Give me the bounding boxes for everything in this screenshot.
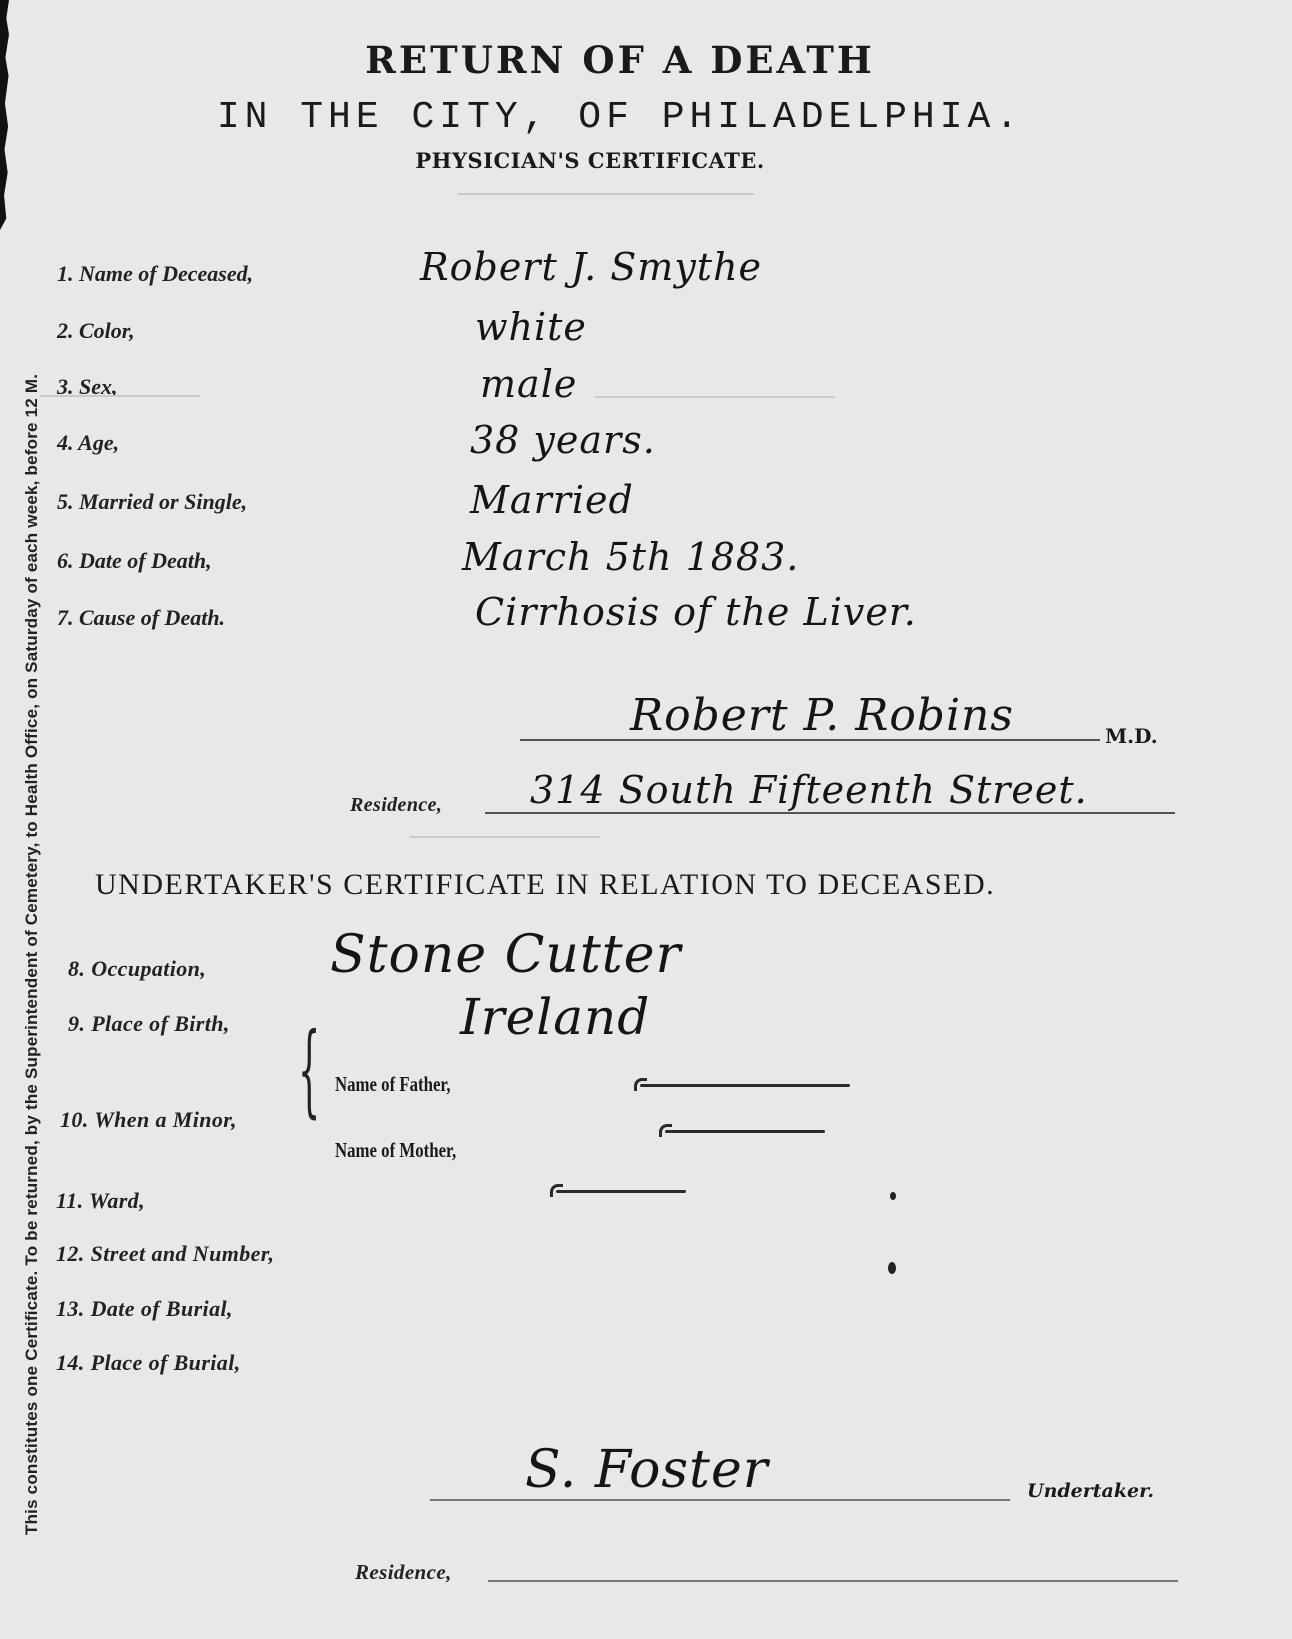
field-value-name: Robert J. Smythe [420,245,762,289]
physician-residence-value: 314 South Fifteenth Street. [530,768,1088,812]
minor-father-label: Name of Father, [335,1072,451,1097]
field-value-place-of-birth: Ireland [460,988,650,1046]
field-value-age: 38 years. [470,418,656,462]
field-value-cause-of-death: Cirrhosis of the Liver. [475,590,917,634]
undertaker-residence-label: Residence, [355,1560,452,1585]
field-label-place-of-birth: 9. Place of Birth, [68,1011,230,1037]
undertaker-residence-line [488,1580,1178,1582]
field-label-marital: 5. Married or Single, [57,489,247,515]
field-label-date-of-death: 6. Date of Death, [57,548,212,574]
physician-section-divider [410,836,600,838]
field-label-age: 4. Age, [57,430,119,456]
field-value-occupation: Stone Cutter [330,925,681,985]
physician-signature: Robert P. Robins [630,690,1014,741]
undertaker-signature: S. Foster [525,1440,769,1500]
field-label-street-number: 12. Street and Number, [56,1241,274,1267]
field-value-sex: male [480,362,577,406]
field-label-occupation: 8. Occupation, [68,956,206,982]
document-subtitle: IN THE CITY, OF PHILADELPHIA. [0,96,1240,139]
field-label-cause-of-death: 7. Cause of Death. [57,605,225,631]
physician-residence-line [485,812,1175,814]
physician-residence-label: Residence, [350,794,442,817]
undertaker-title: Undertaker. [1027,1480,1154,1502]
field-label-when-minor: 10. When a Minor, [60,1107,237,1133]
side-instruction-note: This constitutes one Certificate. To be … [22,95,42,1535]
section-title-undertaker: UNDERTAKER'S CERTIFICATE IN RELATION TO … [95,868,1145,902]
faint-rule [40,395,200,397]
physician-title-md: M.D. [1105,724,1158,748]
field-value-date-of-death: March 5th 1883. [462,535,799,579]
field-label-place-of-burial: 14. Place of Burial, [56,1350,241,1376]
minor-mother-label: Name of Mother, [335,1138,456,1163]
blank-dash-ward [556,1190,686,1193]
blank-dash-father [640,1084,850,1087]
death-certificate-page: This constitutes one Certificate. To be … [0,0,1292,1639]
header-divider [458,193,754,195]
ink-speck [888,1262,896,1274]
field-label-date-of-burial: 13. Date of Burial, [56,1296,233,1322]
field-value-marital: Married [470,478,634,522]
faint-rule [595,396,835,398]
field-label-color: 2. Color, [57,318,135,344]
field-value-color: white [475,305,587,349]
ink-speck [890,1192,896,1200]
document-title: RETURN OF A DEATH [0,38,1240,82]
brace-bracket: { [298,1020,320,1120]
field-label-ward: 11. Ward, [56,1188,145,1214]
section-title-physician: PHYSICIAN'S CERTIFICATE. [0,148,1180,173]
blank-dash-mother [665,1130,825,1133]
field-label-name: 1. Name of Deceased, [57,261,253,287]
